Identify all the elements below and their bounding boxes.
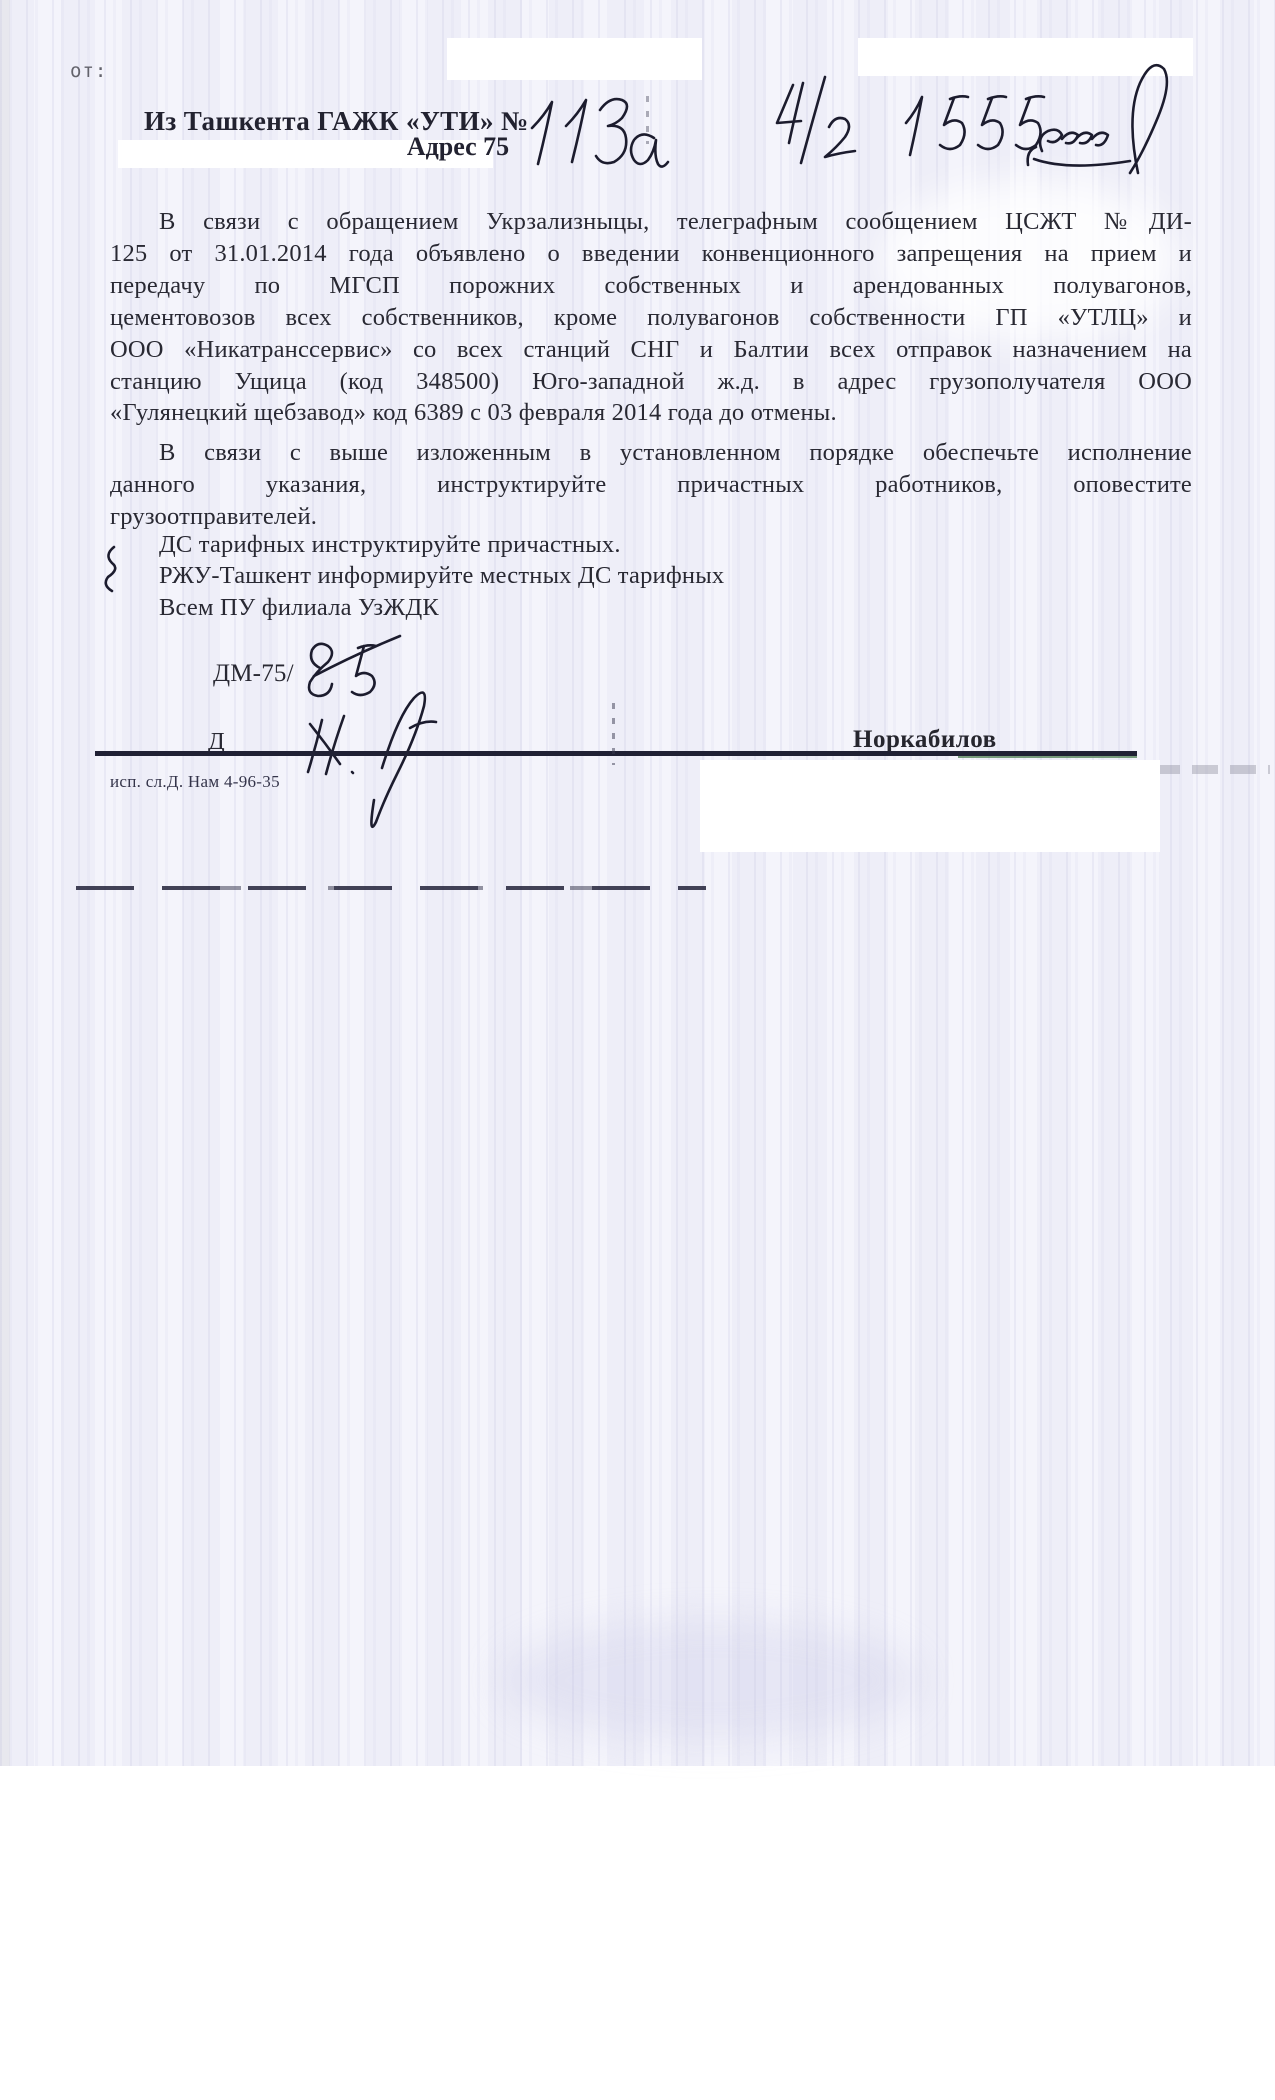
text-line: грузоотправителей. bbox=[110, 501, 1192, 533]
executor-note: исп. сл.Д. Нам 4-96-35 bbox=[110, 772, 280, 792]
text-line: станцию Ущица (код 348500) Юго-западной … bbox=[110, 366, 1192, 398]
text-line: В связи с выше изложенным в установленно… bbox=[110, 437, 1192, 469]
paragraph-1: В связи с обращением Укрзализныцы, телег… bbox=[110, 206, 1192, 429]
line-rzhu-tashkent: РЖУ-Ташкент информируйте местных ДС тари… bbox=[159, 562, 724, 590]
text-line: ООО «Никатранссервис» со всех станций СН… bbox=[110, 334, 1192, 366]
text-line: «Гулянецкий щебзавод» код 6389 с 03 февр… bbox=[110, 397, 1192, 429]
scan-dot-artifact bbox=[612, 703, 615, 765]
whiteout-box bbox=[700, 760, 1160, 852]
line-vsem-pu: Всем ПУ филиала УзЖДК bbox=[159, 594, 439, 622]
whiteout-box bbox=[447, 38, 702, 80]
fax-from-label: от: bbox=[70, 60, 107, 82]
scan-artifact-dashes bbox=[76, 886, 706, 890]
paragraph-2: В связи с выше изложенным в установленно… bbox=[110, 437, 1192, 533]
received-signature-scribble bbox=[1018, 55, 1193, 190]
text-line: цементовозов всех собственников, кроме п… bbox=[110, 302, 1192, 334]
text-line: передачу по МГСП порожних собственных и … bbox=[110, 270, 1192, 302]
scanned-telegram-page: от: Из Ташкента ГАЖК «УТИ» № Адрес 75 В … bbox=[0, 0, 1275, 2100]
text-line: данного указания, инструктируйте причаст… bbox=[110, 469, 1192, 501]
margin-squiggle bbox=[100, 543, 126, 595]
text-line: 125 от 31.01.2014 года объявлено о введе… bbox=[110, 238, 1192, 270]
scan-shading bbox=[500, 1620, 920, 1740]
text-line: В связи с обращением Укрзализныцы, телег… bbox=[110, 206, 1192, 238]
line-ds-tarifnyh: ДС тарифных инструктируйте причастных. bbox=[159, 531, 621, 559]
address-heading: Адрес 75 bbox=[110, 132, 806, 162]
signature-rule-green-edge bbox=[958, 756, 1137, 758]
signer-name: Норкабилов bbox=[853, 726, 997, 754]
